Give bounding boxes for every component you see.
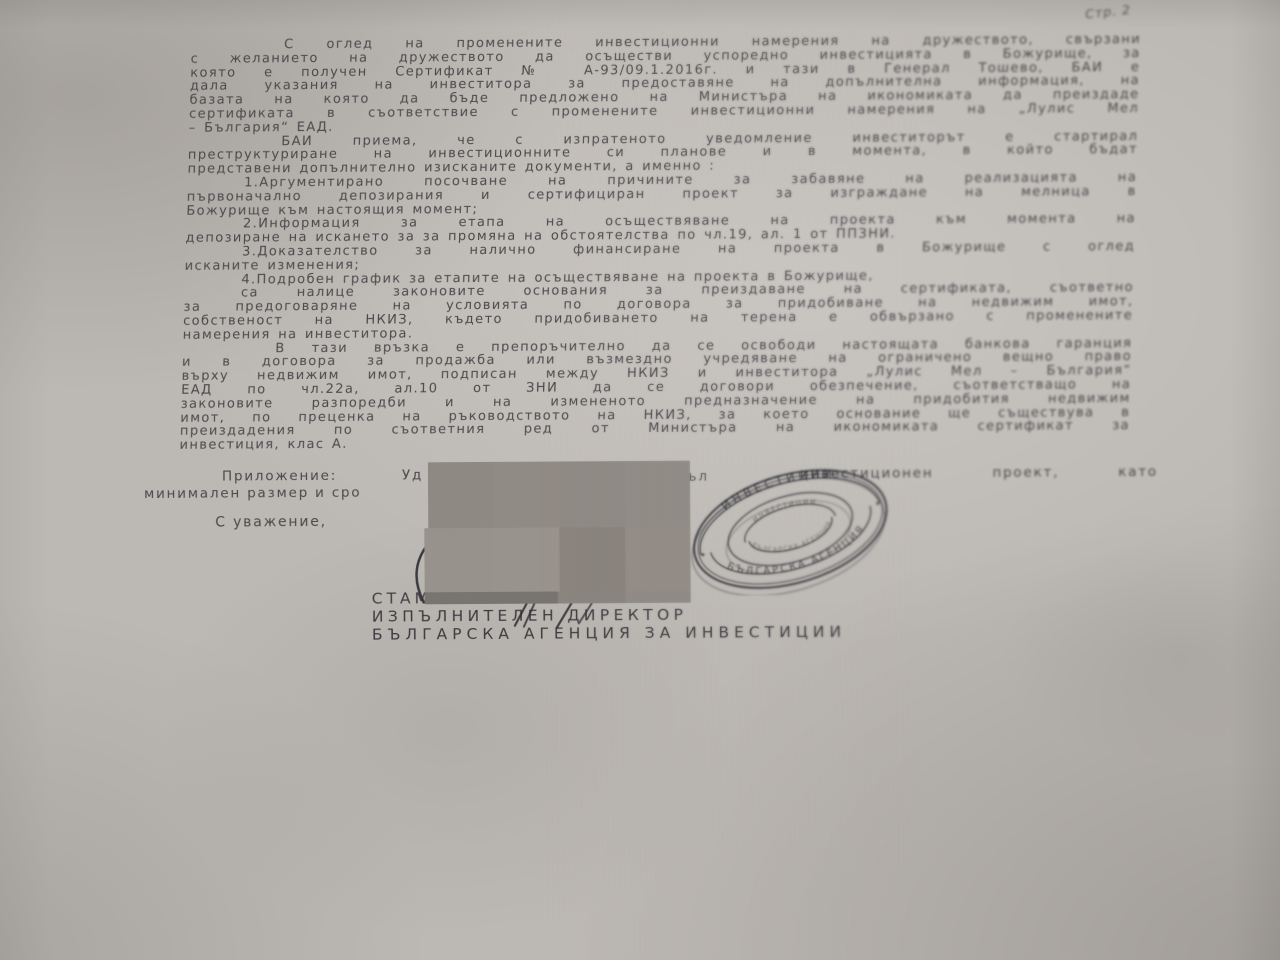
signer-title: ИЗПЪЛНИТЕЛЕН ДИРЕКТОР [372, 606, 688, 626]
svg-text:БЪЛГАРСКА АГЕНЦИЯ: БЪЛГАРСКА АГЕНЦИЯ [749, 518, 838, 562]
redaction-tile [626, 591, 691, 603]
attachment-line2-fragment: минимален размер и сро [144, 485, 361, 502]
document-photo: Стр. 2 С оглед на променените инвестицио… [0, 0, 1280, 960]
redaction-tile [558, 591, 626, 603]
text-line: инвестиция, клас А. [179, 433, 1129, 453]
redaction-mosaic [424, 461, 691, 605]
redaction-tile [491, 527, 559, 591]
redaction-tile [428, 462, 493, 528]
redaction-tile [424, 528, 491, 592]
letter-page: Стр. 2 С оглед на променените инвестицио… [0, 0, 1280, 960]
redaction-tile [559, 461, 625, 527]
redaction-tile [559, 527, 625, 591]
attachment-fragment-right: инвестиционен проект, като [800, 464, 1158, 482]
stamp-inner-marks-top: ИНВЕСТИЦИИ [750, 493, 820, 526]
stamp-ring-text-bottom: БЪЛГАРСКА АГЕНЦИЯ [723, 521, 873, 591]
agency-stamp: ИНВЕСТИЦИИ БЪЛГАРСКА АГЕНЦИЯ ИНВЕСТИЦИИ … [681, 464, 900, 595]
page-number-label: Стр. 2 [1084, 2, 1131, 22]
stamp-inner-marks-bottom: БЪЛГАРСКА АГЕНЦИЯ [749, 518, 838, 562]
signer-name-fragment: СТАМ [372, 589, 432, 607]
letter-body: С оглед на променените инвестиционни нам… [179, 33, 1141, 453]
svg-text:ИНВЕСТИЦИИ: ИНВЕСТИЦИИ [750, 493, 820, 526]
attachment-fragment-under-stamp: ъл [687, 469, 709, 485]
svg-text:БЪЛГАРСКА АГЕНЦИЯ: БЪЛГАРСКА АГЕНЦИЯ [723, 521, 873, 591]
attachment-fragment-start: Уд [402, 467, 423, 483]
redaction-tile [493, 461, 559, 527]
redaction-tile [625, 461, 690, 527]
closing-salutation: С уважение, [215, 514, 327, 531]
redaction-tile [425, 592, 558, 605]
redaction-tile [625, 527, 690, 591]
attachment-label: Приложение: [222, 468, 337, 485]
signer-organization: БЪЛГАРСКА АГЕНЦИЯ ЗА ИНВЕСТИЦИИ [372, 623, 846, 644]
